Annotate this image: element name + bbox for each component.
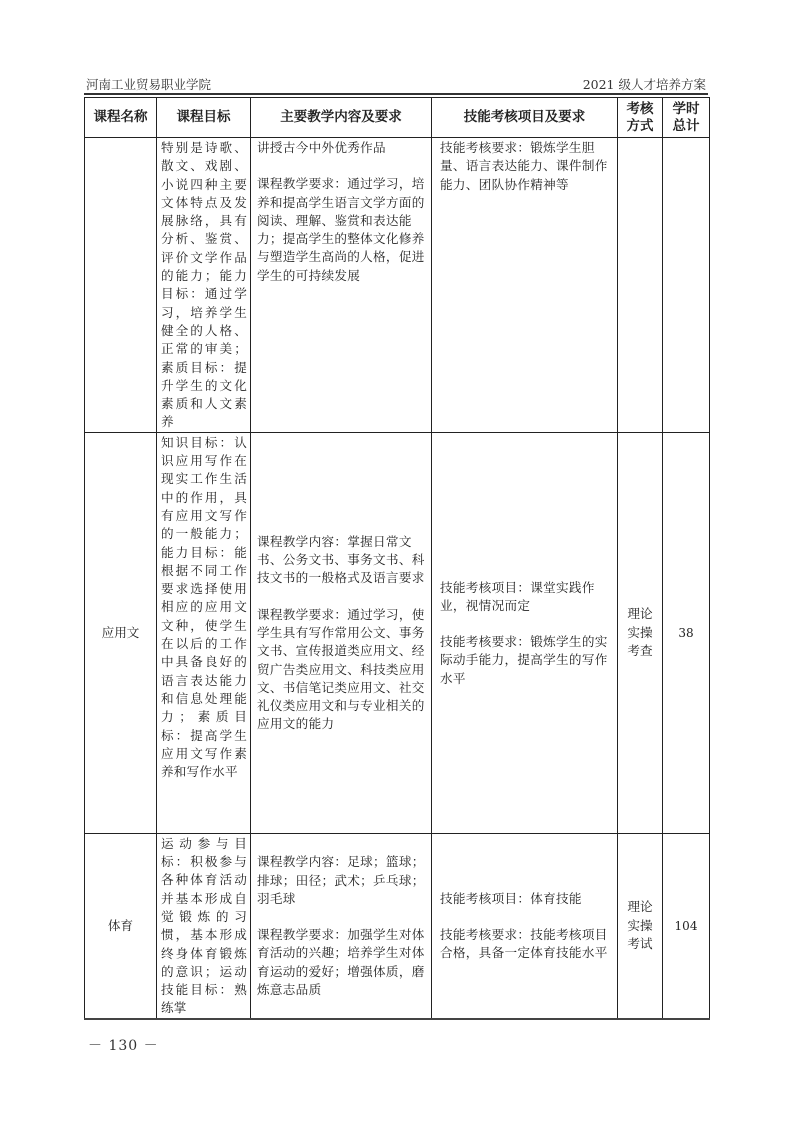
document-title: 2021 级人才培养方案: [583, 75, 706, 93]
skill-requirement-text: 技能考核要求：技能考核项目合格，具备一定体育技能水平: [440, 926, 611, 963]
total-hours-cell: [663, 138, 710, 433]
teaching-content-cell: 课程教学内容：足球；篮球；排球；田径；武术；乒乓球；羽毛球 课程教学要求：加强学…: [251, 833, 432, 1019]
exam-method-cell: 理论 实操 考查: [618, 432, 663, 833]
course-goal-cell: 运动参与目标：积极参与各种体育活动并基本形成自觉锻炼的习惯，基本形成终身体育锻炼…: [157, 833, 251, 1019]
teaching-content-text: 课程教学内容：掌握日常文书、公务文书、事务文书、科技文书的一般格式及语言要求: [257, 533, 425, 588]
skill-requirement-text: 技能考核要求：锻炼学生胆量、语言表达能力、课件制作能力、团队协作精神等: [440, 139, 611, 194]
exam-method-cell: 理论 实操 考试: [618, 833, 663, 1019]
course-goal-cell: 知识目标：认识应用写作在现实工作生活中的作用，具有应用文写作的一般能力；能力目标…: [157, 432, 251, 833]
skill-assessment-cell: 技能考核要求：锻炼学生胆量、语言表达能力、课件制作能力、团队协作精神等: [432, 138, 618, 433]
teaching-content-cell: 讲授古今中外优秀作品 课程教学要求：通过学习，培养和提高学生语言文学方面的阅读、…: [251, 138, 432, 433]
total-hours-cell: 104: [663, 833, 710, 1019]
page-number: － 130 －: [88, 1035, 159, 1055]
skill-assessment-cell: 技能考核项目：课堂实践作业，视情况而定 技能考核要求：锻炼学生的实际动手能力，提…: [432, 432, 618, 833]
skill-item-text: 技能考核项目：体育技能: [440, 890, 611, 908]
column-header-course-name: 课程名称: [85, 98, 157, 138]
table-row: 体育 运动参与目标：积极参与各种体育活动并基本形成自觉锻炼的习惯，基本形成终身体…: [85, 833, 710, 1019]
column-header-course-goal: 课程目标: [157, 98, 251, 138]
course-goal-cell: 特别是诗歌、散文、戏剧、小说四种主要文体特点及发展脉络，具有分析、鉴赏、评价文学…: [157, 138, 251, 433]
header-divider: [84, 93, 708, 95]
course-name-cell: 应用文: [85, 432, 157, 833]
skill-item-text: 技能考核项目：课堂实践作业，视情况而定: [440, 579, 611, 616]
table-row: 应用文 知识目标：认识应用写作在现实工作生活中的作用，具有应用文写作的一般能力；…: [85, 432, 710, 833]
course-name-cell: 体育: [85, 833, 157, 1019]
teaching-content-cell: 课程教学内容：掌握日常文书、公务文书、事务文书、科技文书的一般格式及语言要求 课…: [251, 432, 432, 833]
page-header: 河南工业贸易职业学院 2021 级人才培养方案: [84, 75, 708, 93]
column-header-exam-method: 考核 方式: [618, 98, 663, 138]
skill-assessment-cell: 技能考核项目：体育技能 技能考核要求：技能考核项目合格，具备一定体育技能水平: [432, 833, 618, 1019]
institution-name: 河南工业贸易职业学院: [86, 75, 211, 93]
teaching-requirement-text: 课程教学要求：加强学生对体育活动的兴趣；培养学生对体育运动的爱好；增强体质，磨炼…: [257, 926, 425, 999]
column-header-total-hours: 学时 总计: [663, 98, 710, 138]
course-table: 课程名称 课程目标 主要教学内容及要求 技能考核项目及要求 考核 方式 学时 总…: [84, 97, 710, 1020]
table-row: 特别是诗歌、散文、戏剧、小说四种主要文体特点及发展脉络，具有分析、鉴赏、评价文学…: [85, 138, 710, 433]
exam-method-cell: [618, 138, 663, 433]
table-header-row: 课程名称 课程目标 主要教学内容及要求 技能考核项目及要求 考核 方式 学时 总…: [85, 98, 710, 138]
teaching-requirement-text: 课程教学要求：通过学习，培养和提高学生语言文学方面的阅读、理解、鉴赏和表达能力；…: [257, 175, 425, 285]
skill-requirement-text: 技能考核要求：锻炼学生的实际动手能力，提高学生的写作水平: [440, 633, 611, 688]
teaching-content-text: 课程教学内容：足球；篮球；排球；田径；武术；乒乓球；羽毛球: [257, 853, 425, 908]
teaching-requirement-text: 课程教学要求：通过学习，使学生具有写作常用公文、事务文书、宣传报道类应用文、经贸…: [257, 606, 425, 734]
column-header-teaching-content: 主要教学内容及要求: [251, 98, 432, 138]
teaching-content-text: 讲授古今中外优秀作品: [257, 139, 425, 157]
column-header-skill-assessment: 技能考核项目及要求: [432, 98, 618, 138]
total-hours-cell: 38: [663, 432, 710, 833]
course-name-cell: [85, 138, 157, 433]
